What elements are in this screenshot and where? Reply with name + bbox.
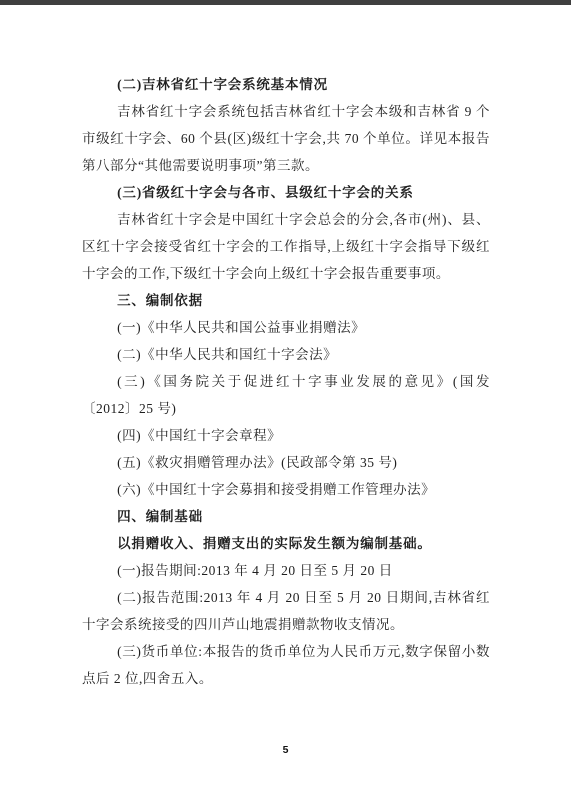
doc-paragraph: (三)《国务院关于促进红十字事业发展的意见》(国发〔2012〕25 号) bbox=[82, 368, 490, 422]
doc-heading: 三、编制依据 bbox=[82, 287, 490, 314]
doc-heading: (二)吉林省红十字会系统基本情况 bbox=[82, 71, 490, 98]
doc-paragraph: (二)报告范围:2013 年 4 月 20 日至 5 月 20 日期间,吉林省红… bbox=[82, 584, 490, 638]
screenshot-root: { "colors": { "top_bar": "#3f3f3f", "pag… bbox=[0, 0, 571, 808]
doc-heading: 四、编制基础 bbox=[82, 503, 490, 530]
document-body: (二)吉林省红十字会系统基本情况吉林省红十字会系统包括吉林省红十字会本级和吉林省… bbox=[82, 71, 490, 692]
doc-paragraph: 吉林省红十字会系统包括吉林省红十字会本级和吉林省 9 个市级红十字会、60 个县… bbox=[82, 98, 490, 179]
doc-paragraph: (一)《中华人民共和国公益事业捐赠法》 bbox=[82, 314, 490, 341]
page-footer: 5 bbox=[0, 740, 571, 758]
doc-paragraph: (三)货币单位:本报告的货币单位为人民币万元,数字保留小数点后 2 位,四舍五入… bbox=[82, 638, 490, 692]
doc-heading: (三)省级红十字会与各市、县级红十字会的关系 bbox=[82, 179, 490, 206]
doc-paragraph: (二)《中华人民共和国红十字会法》 bbox=[82, 341, 490, 368]
page-number: 5 bbox=[283, 744, 289, 756]
doc-paragraph: (四)《中国红十字会章程》 bbox=[82, 422, 490, 449]
doc-paragraph: 吉林省红十字会是中国红十字会总会的分会,各市(州)、县、区红十字会接受省红十字会… bbox=[82, 206, 490, 287]
doc-paragraph: (六)《中国红十字会募捐和接受捐赠工作管理办法》 bbox=[82, 476, 490, 503]
doc-paragraph: (五)《救灾捐赠管理办法》(民政部令第 35 号) bbox=[82, 449, 490, 476]
document-page: (二)吉林省红十字会系统基本情况吉林省红十字会系统包括吉林省红十字会本级和吉林省… bbox=[0, 5, 571, 808]
doc-paragraph: (一)报告期间:2013 年 4 月 20 日至 5 月 20 日 bbox=[82, 557, 490, 584]
doc-paragraph-bold: 以捐赠收入、捐赠支出的实际发生额为编制基础。 bbox=[82, 530, 490, 557]
